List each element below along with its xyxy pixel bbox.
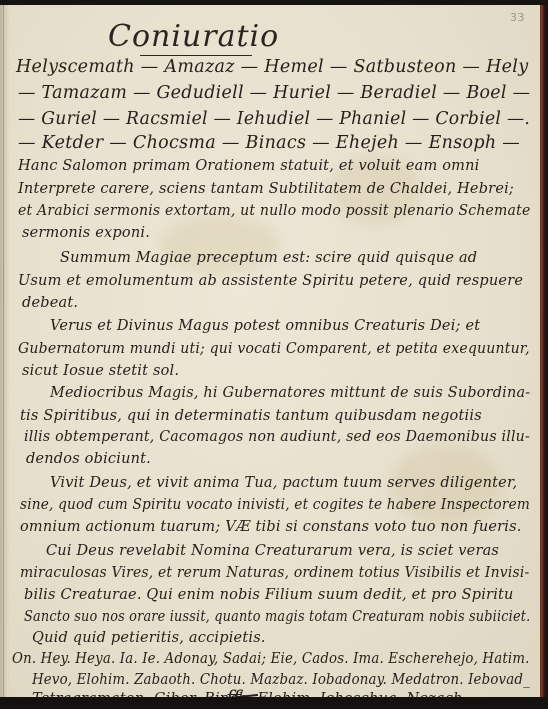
text-line: sermonis exponi. <box>22 225 150 241</box>
text-line: — Tamazam — Gedudiell — Huriel — Beradie… <box>18 83 530 103</box>
text-line: Summum Magiae preceptum est: scire quid … <box>60 250 477 266</box>
text-line: Sancto suo nos orare iussit, quanto magi… <box>24 609 530 625</box>
text-line: On. Hey. Heya. Ia. Ie. Adonay, Sadai; Ei… <box>12 651 530 667</box>
text-line: Vivit Deus, et vivit anima Tua, pactum t… <box>50 475 517 491</box>
text-line: Mediocribus Magis, hi Gubernatores mittu… <box>50 385 530 401</box>
text-line: Hevo, Elohim. Zabaoth. Chotu. Mazbaz. Io… <box>32 672 530 688</box>
text-line: omnium actionum tuarum; VÆ tibi si const… <box>20 519 522 535</box>
text-line: Hanc Salomon primam Orationem statuit, e… <box>18 158 479 174</box>
page-title: Coniuratio <box>108 19 279 54</box>
text-line: sicut Iosue stetit sol. <box>22 363 179 379</box>
text-line: dendos obiciunt. <box>26 451 151 467</box>
text-line: et Arabici sermonis extortam, ut nullo m… <box>18 203 530 219</box>
gutter-fold-line <box>3 5 4 698</box>
title-underline <box>140 55 252 56</box>
text-line: — Ketder — Chocsma — Binacs — Ehejeh — E… <box>18 133 520 153</box>
paper-stain <box>160 215 280 275</box>
text-line: — Guriel — Racsmiel — Iehudiel — Phaniel… <box>18 109 530 129</box>
text-line: Quid quid petieritis, accipietis. <box>32 630 266 646</box>
text-line: Usum et emolumentum ab assistente Spirit… <box>18 273 523 289</box>
text-line: debeat. <box>22 295 78 311</box>
text-line: Interprete carere, sciens tantam Subtili… <box>18 181 514 197</box>
folio-number: 33 <box>510 11 525 24</box>
binding-gutter <box>0 5 10 698</box>
text-line: Gubernatorum mundi uti; qui vocati Compa… <box>18 341 530 357</box>
text-line: bilis Creaturae. Qui enim nobis Filium s… <box>24 587 514 603</box>
text-line: Helyscemath — Amazaz — Hemel — Satbusteo… <box>16 57 528 77</box>
text-line: illis obtemperant, Cacomagos non audiunt… <box>24 429 530 445</box>
text-line: sine, quod cum Spiritu vocato inivisti, … <box>20 497 530 513</box>
text-line: miraculosas Vires, et rerum Naturas, ord… <box>20 565 529 581</box>
scan-bottom-border <box>0 697 548 709</box>
text-line: Cui Deus revelabit Nomina Creaturarum ve… <box>46 543 499 559</box>
manuscript-page: 33 Coniuratio Helyscemath — Amazaz — Hem… <box>0 5 540 698</box>
page-edge-red <box>540 5 548 698</box>
text-line: Verus et Divinus Magus potest omnibus Cr… <box>50 318 480 334</box>
text-line: tis Spiritibus, qui in determinatis tant… <box>20 408 482 424</box>
